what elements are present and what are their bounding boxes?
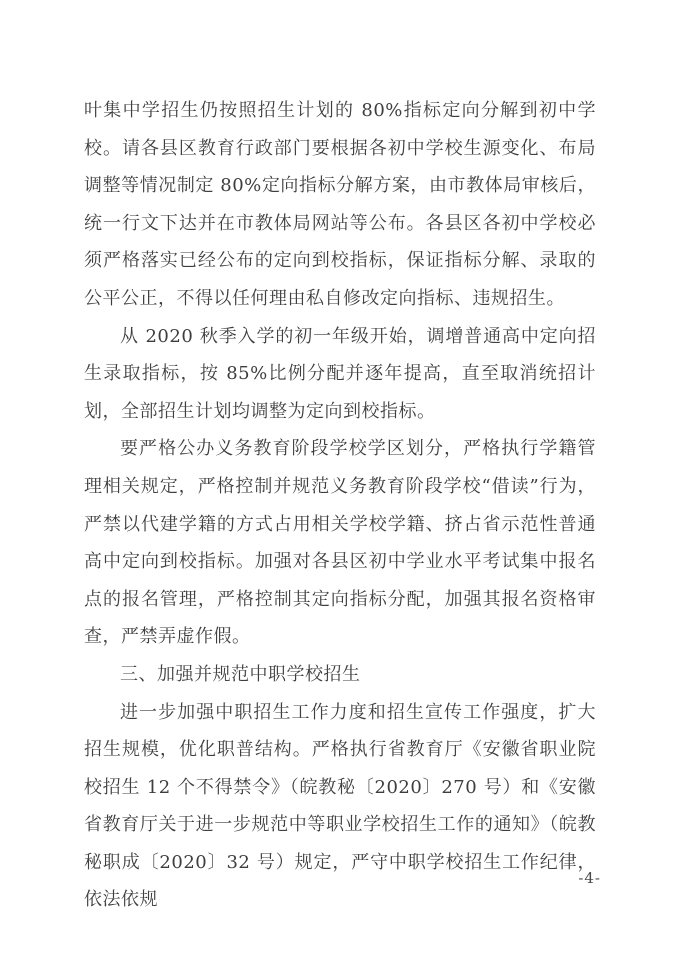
paragraph: 从 2020 秋季入学的初一年级开始，调增普通高中定向招生录取指标，按 85%比… [84, 318, 596, 431]
paragraph: 要严格公办义务教育阶段学校学区划分，严格执行学籍管理相关规定，严格控制并规范义务… [84, 430, 596, 656]
paragraph: 进一步加强中职招生工作力度和招生宣传工作强度，扩大招生规模，优化职普结构。严格执… [84, 694, 596, 920]
document-page: 叶集中学招生仍按照招生计划的 80%指标定向分解到初中学校。请各县区教育行政部门… [0, 0, 677, 958]
page-number: -4- [578, 868, 601, 888]
paragraph-continued: 叶集中学招生仍按照招生计划的 80%指标定向分解到初中学校。请各县区教育行政部门… [84, 92, 596, 318]
section-heading: 三、加强并规范中职学校招生 [84, 656, 596, 694]
document-body: 叶集中学招生仍按照招生计划的 80%指标定向分解到初中学校。请各县区教育行政部门… [84, 92, 596, 919]
